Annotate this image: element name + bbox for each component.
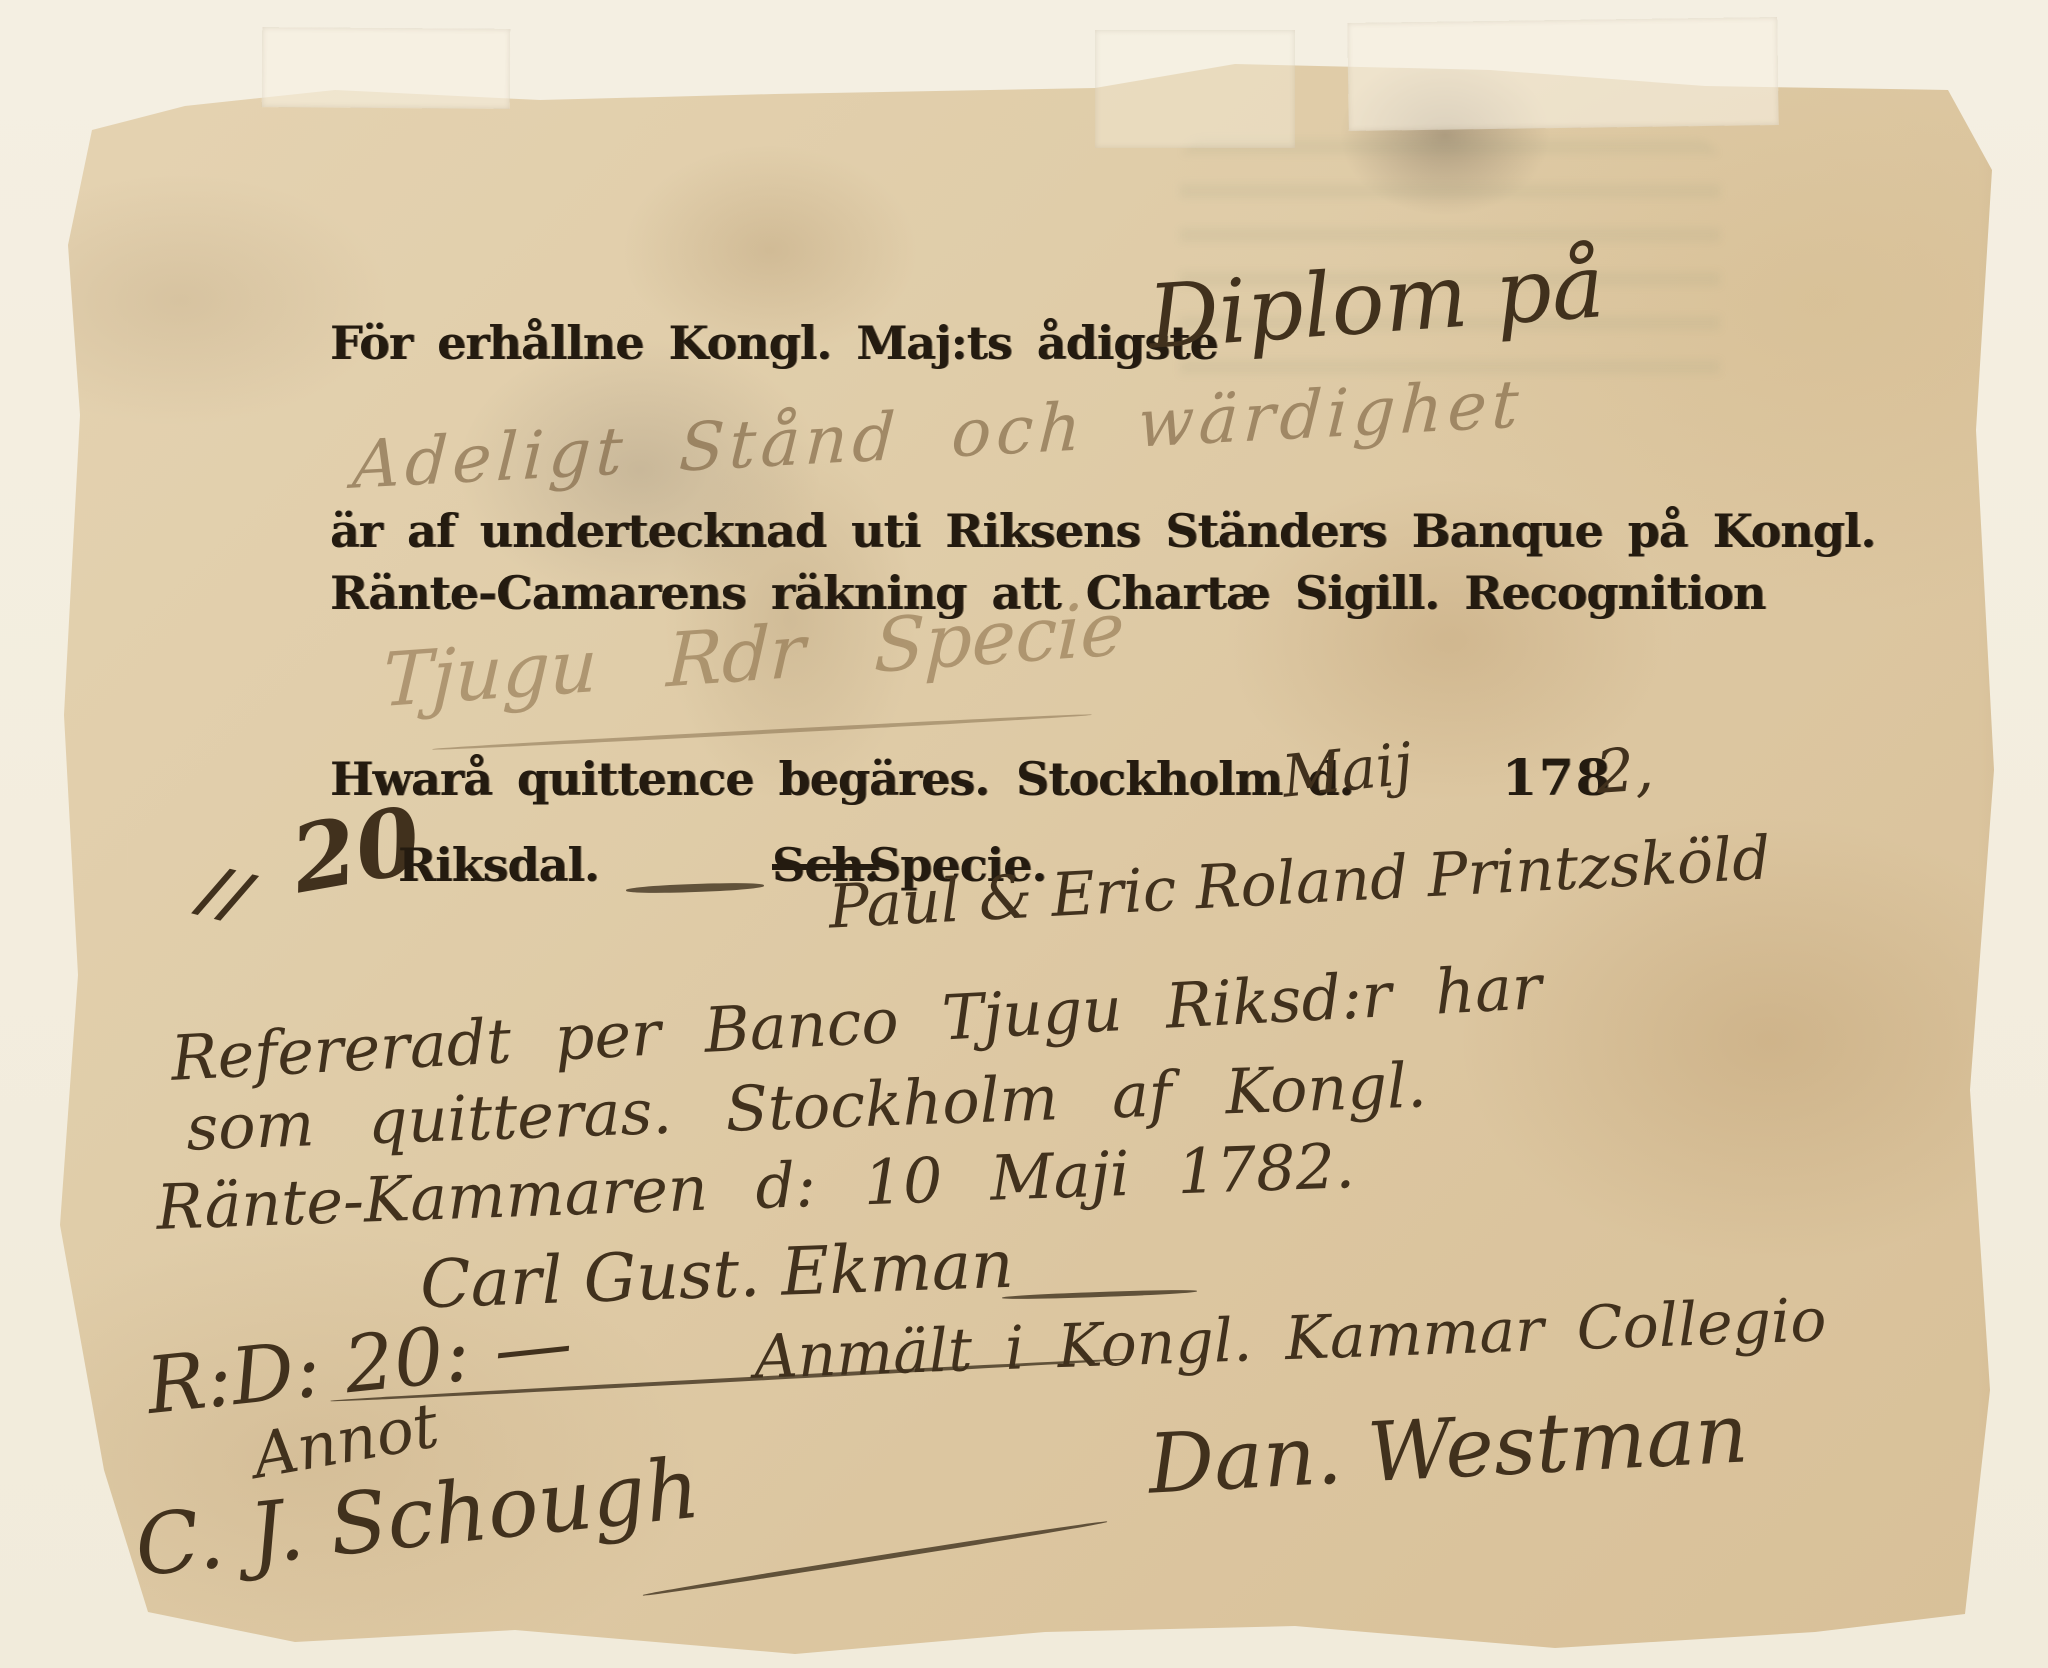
tape-top-left (262, 27, 511, 109)
handwritten-month: Maij (1279, 729, 1416, 810)
printed-heading-line: För erhållne Kongl. Maj:ts ådigste (330, 316, 1218, 370)
printed-body-line-1: är af undertecknad uti Riksens Ständers … (330, 504, 1875, 558)
printed-riksdal-label: Riksdal. (398, 838, 599, 892)
scanned-receipt: För erhållne Kongl. Maj:ts ådigste Diplo… (0, 0, 2048, 1668)
handwritten-year-digit: 2, (1594, 734, 1656, 808)
tape-top-right-inner (1095, 30, 1295, 148)
tape-top-right (1347, 17, 1778, 131)
printed-request-line: Hwarå quittence begäres. (330, 752, 989, 806)
